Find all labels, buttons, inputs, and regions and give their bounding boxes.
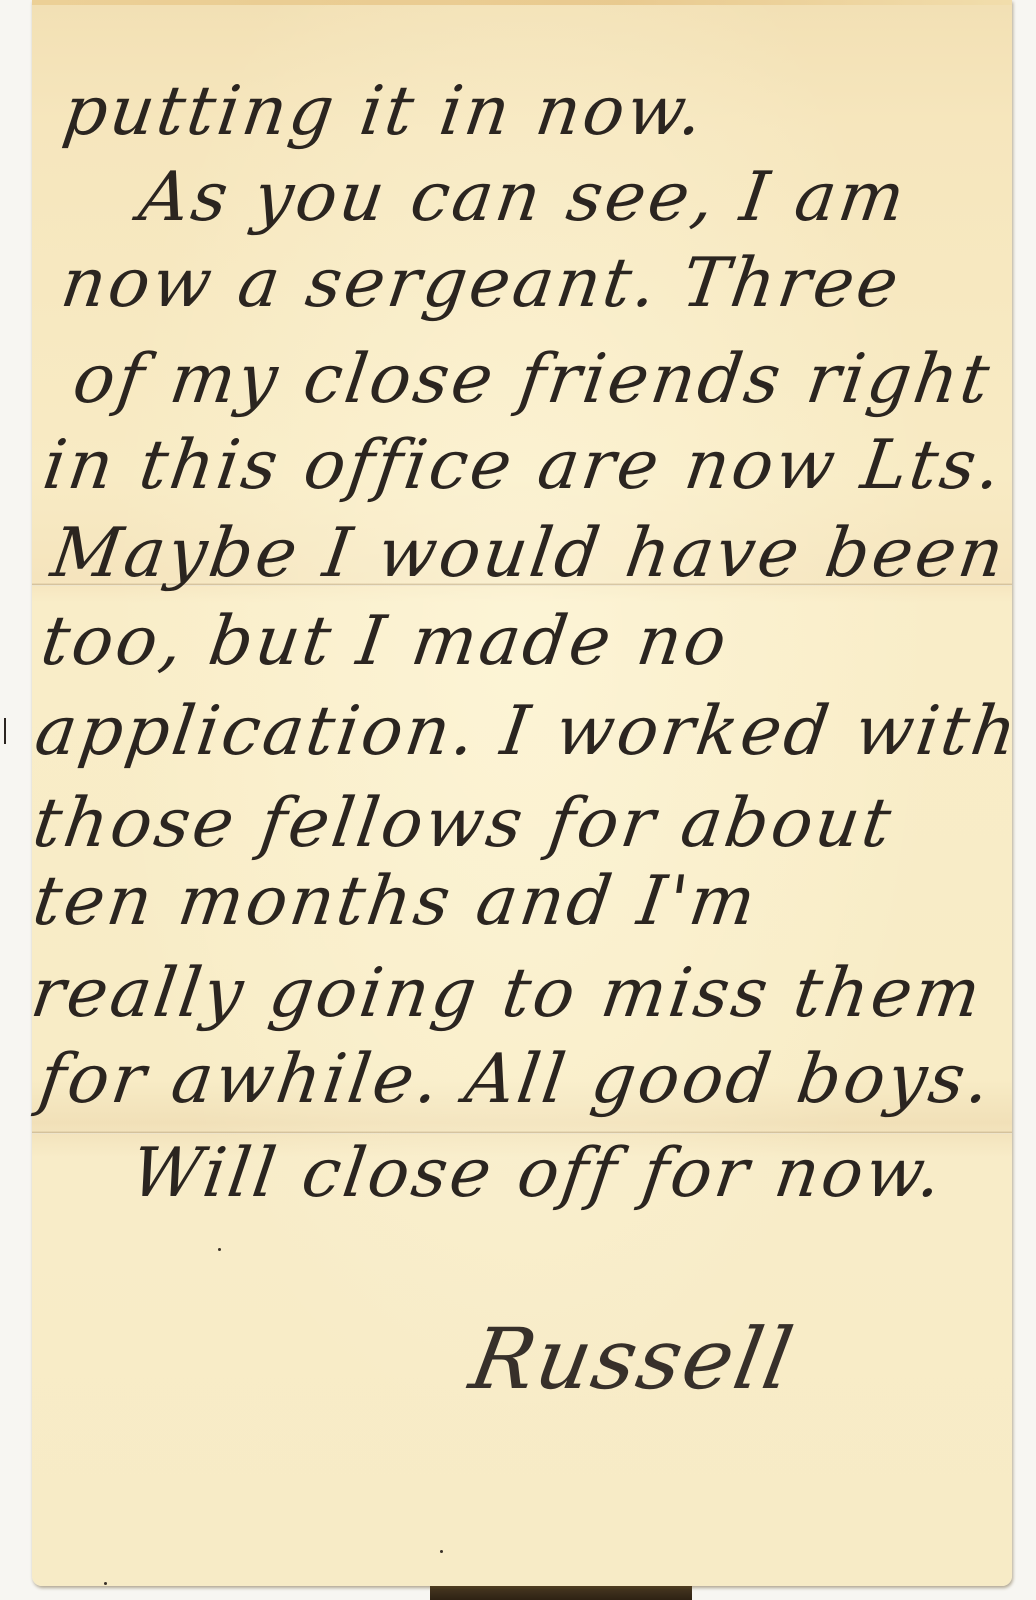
letter-line: putting it in now.	[59, 78, 710, 146]
paper-speck	[104, 1582, 107, 1585]
letter-page: putting it in now. As you can see, I am …	[32, 0, 1012, 1586]
paper-speck	[218, 1248, 221, 1251]
letter-line: now a sergeant. Three	[57, 250, 905, 318]
letter-line: for awhile. All good boys.	[35, 1046, 996, 1114]
letter-line: really going to miss them	[27, 960, 987, 1028]
margin-mark	[4, 718, 6, 744]
underlying-sheet-edge	[430, 1585, 692, 1600]
letter-line: Maybe I would have been	[47, 520, 1010, 588]
letter-line: Will close off for now.	[127, 1140, 948, 1208]
signature: Russell	[463, 1310, 801, 1408]
letter-line: those fellows for about	[29, 790, 897, 858]
letter-line: ten months and I'm	[29, 868, 762, 936]
letter-line: As you can see, I am	[135, 164, 911, 232]
letter-line: of my close friends right	[69, 346, 996, 414]
letter-line: in this office are now Lts.	[39, 432, 1008, 500]
letter-line: application. I worked with	[31, 698, 1023, 766]
letter-line: too, but I made no	[37, 608, 733, 676]
letter-body: putting it in now. As you can see, I am …	[32, 0, 1012, 1586]
paper-speck	[440, 1550, 443, 1553]
